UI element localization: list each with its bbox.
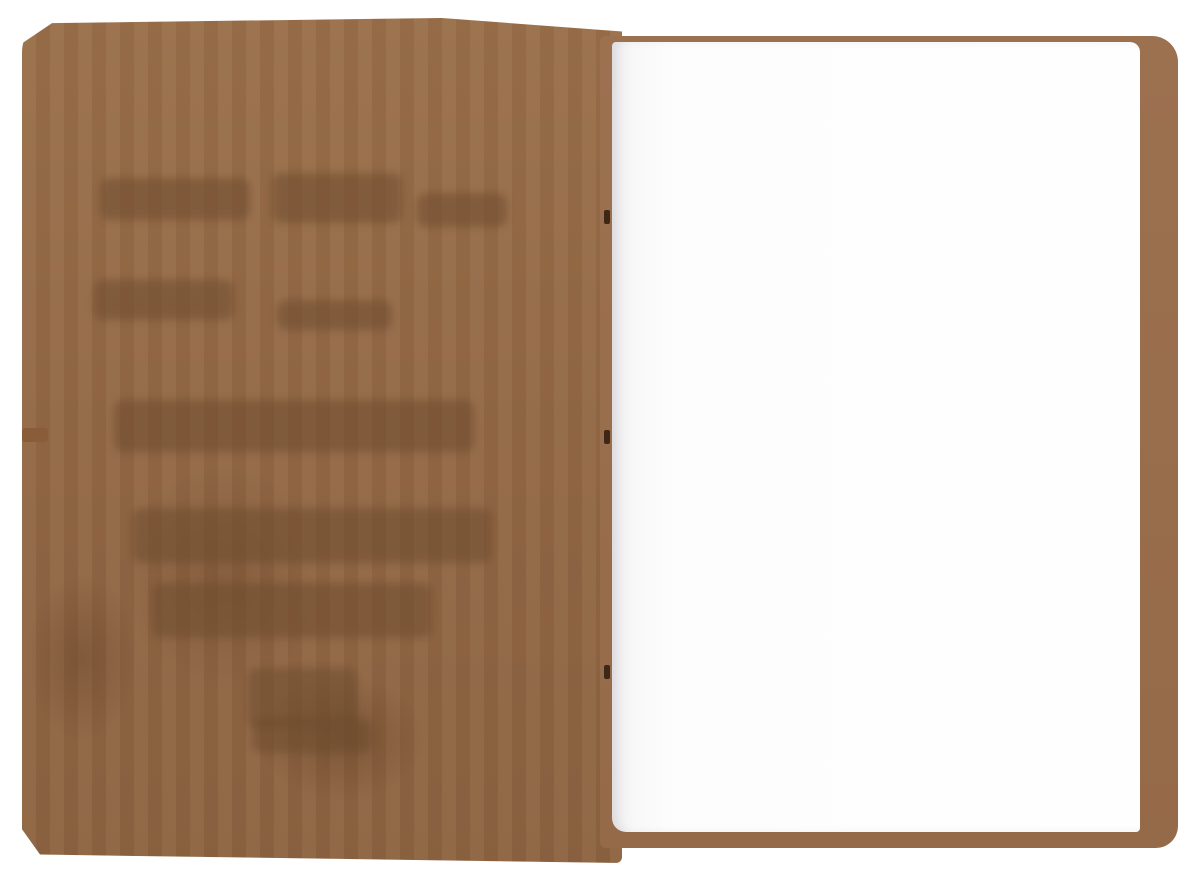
binding-stitch bbox=[604, 665, 610, 679]
left-leather-cover bbox=[22, 18, 622, 863]
binding-stitch bbox=[604, 430, 610, 444]
leather-strap bbox=[22, 428, 48, 442]
blank-page bbox=[612, 42, 1140, 832]
journal-photo bbox=[0, 0, 1200, 880]
binding-stitch bbox=[604, 210, 610, 224]
embossed-text-shadow bbox=[22, 18, 622, 863]
